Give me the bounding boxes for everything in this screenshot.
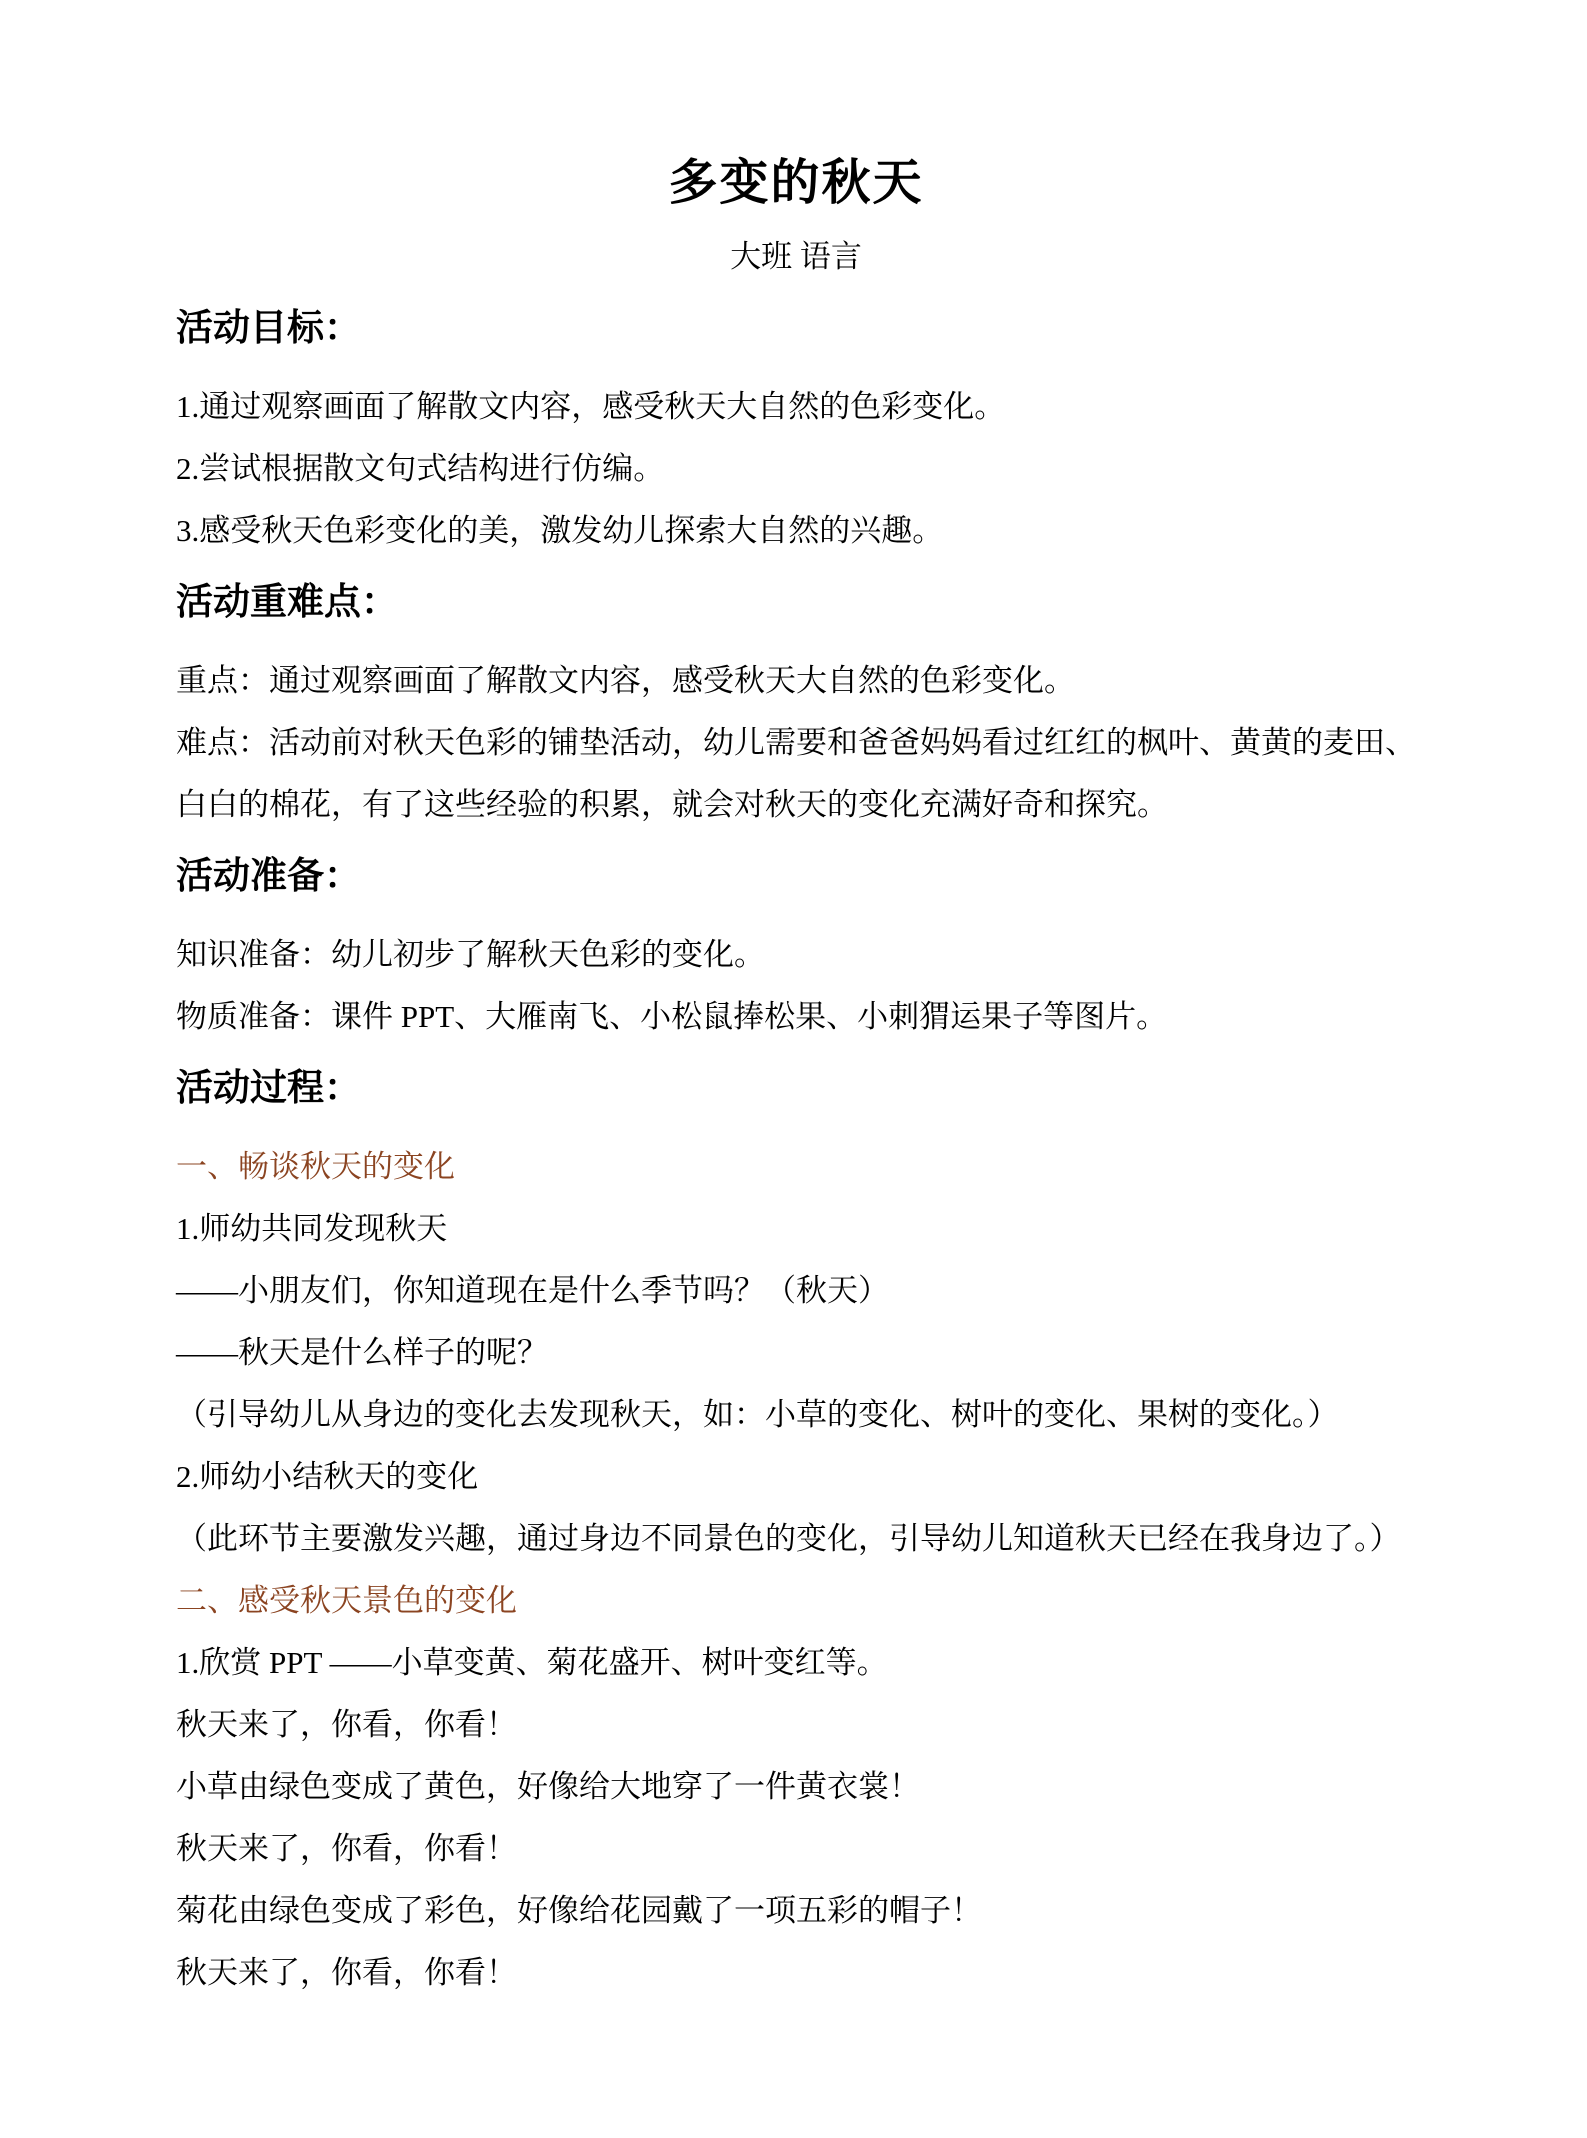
document-title: 多变的秋天 [176, 148, 1416, 218]
paragraph: ——小朋友们，你知道现在是什么季节吗？（秋天） [176, 1260, 1416, 1322]
paragraph: 小草由绿色变成了黄色，好像给大地穿了一件黄衣裳！ [176, 1756, 1416, 1818]
section-heading-key-points: 活动重难点： [176, 572, 1416, 634]
paragraph: 3.感受秋天色彩变化的美，激发幼儿探索大自然的兴趣。 [176, 500, 1416, 562]
paragraph: 秋天来了，你看，你看！ [176, 1694, 1416, 1756]
paragraph: 秋天来了，你看，你看！ [176, 1818, 1416, 1880]
section-heading-preparation: 活动准备： [176, 846, 1416, 908]
section-heading-process: 活动过程： [176, 1058, 1416, 1120]
paragraph: 1.欣赏 PPT ——小草变黄、菊花盛开、树叶变红等。 [176, 1632, 1416, 1694]
document-subtitle: 大班 语言 [176, 226, 1416, 288]
document-content: 多变的秋天 大班 语言 活动目标： 1.通过观察画面了解散文内容，感受秋天大自然… [176, 148, 1416, 2004]
document-page: 多变的秋天 大班 语言 活动目标： 1.通过观察画面了解散文内容，感受秋天大自然… [0, 0, 1587, 2138]
process-step-one-heading: 一、畅谈秋天的变化 [176, 1136, 1416, 1198]
paragraph: 重点：通过观察画面了解散文内容，感受秋天大自然的色彩变化。 [176, 650, 1416, 712]
paragraph: 2.尝试根据散文句式结构进行仿编。 [176, 438, 1416, 500]
process-step-two-heading: 二、感受秋天景色的变化 [176, 1570, 1416, 1632]
paragraph: 秋天来了，你看，你看！ [176, 1942, 1416, 2004]
paragraph: 难点：活动前对秋天色彩的铺垫活动，幼儿需要和爸爸妈妈看过红红的枫叶、黄黄的麦田、… [176, 712, 1416, 836]
paragraph: （此环节主要激发兴趣，通过身边不同景色的变化，引导幼儿知道秋天已经在我身边了。） [176, 1508, 1416, 1570]
paragraph: 1.师幼共同发现秋天 [176, 1198, 1416, 1260]
paragraph: 知识准备：幼儿初步了解秋天色彩的变化。 [176, 924, 1416, 986]
paragraph: （引导幼儿从身边的变化去发现秋天，如：小草的变化、树叶的变化、果树的变化。） [176, 1384, 1416, 1446]
paragraph: ——秋天是什么样子的呢？ [176, 1322, 1416, 1384]
paragraph: 2.师幼小结秋天的变化 [176, 1446, 1416, 1508]
paragraph: 物质准备：课件 PPT、大雁南飞、小松鼠捧松果、小刺猬运果子等图片。 [176, 986, 1416, 1048]
paragraph: 1.通过观察画面了解散文内容，感受秋天大自然的色彩变化。 [176, 376, 1416, 438]
section-heading-goals: 活动目标： [176, 298, 1416, 360]
paragraph: 菊花由绿色变成了彩色，好像给花园戴了一项五彩的帽子！ [176, 1880, 1416, 1942]
